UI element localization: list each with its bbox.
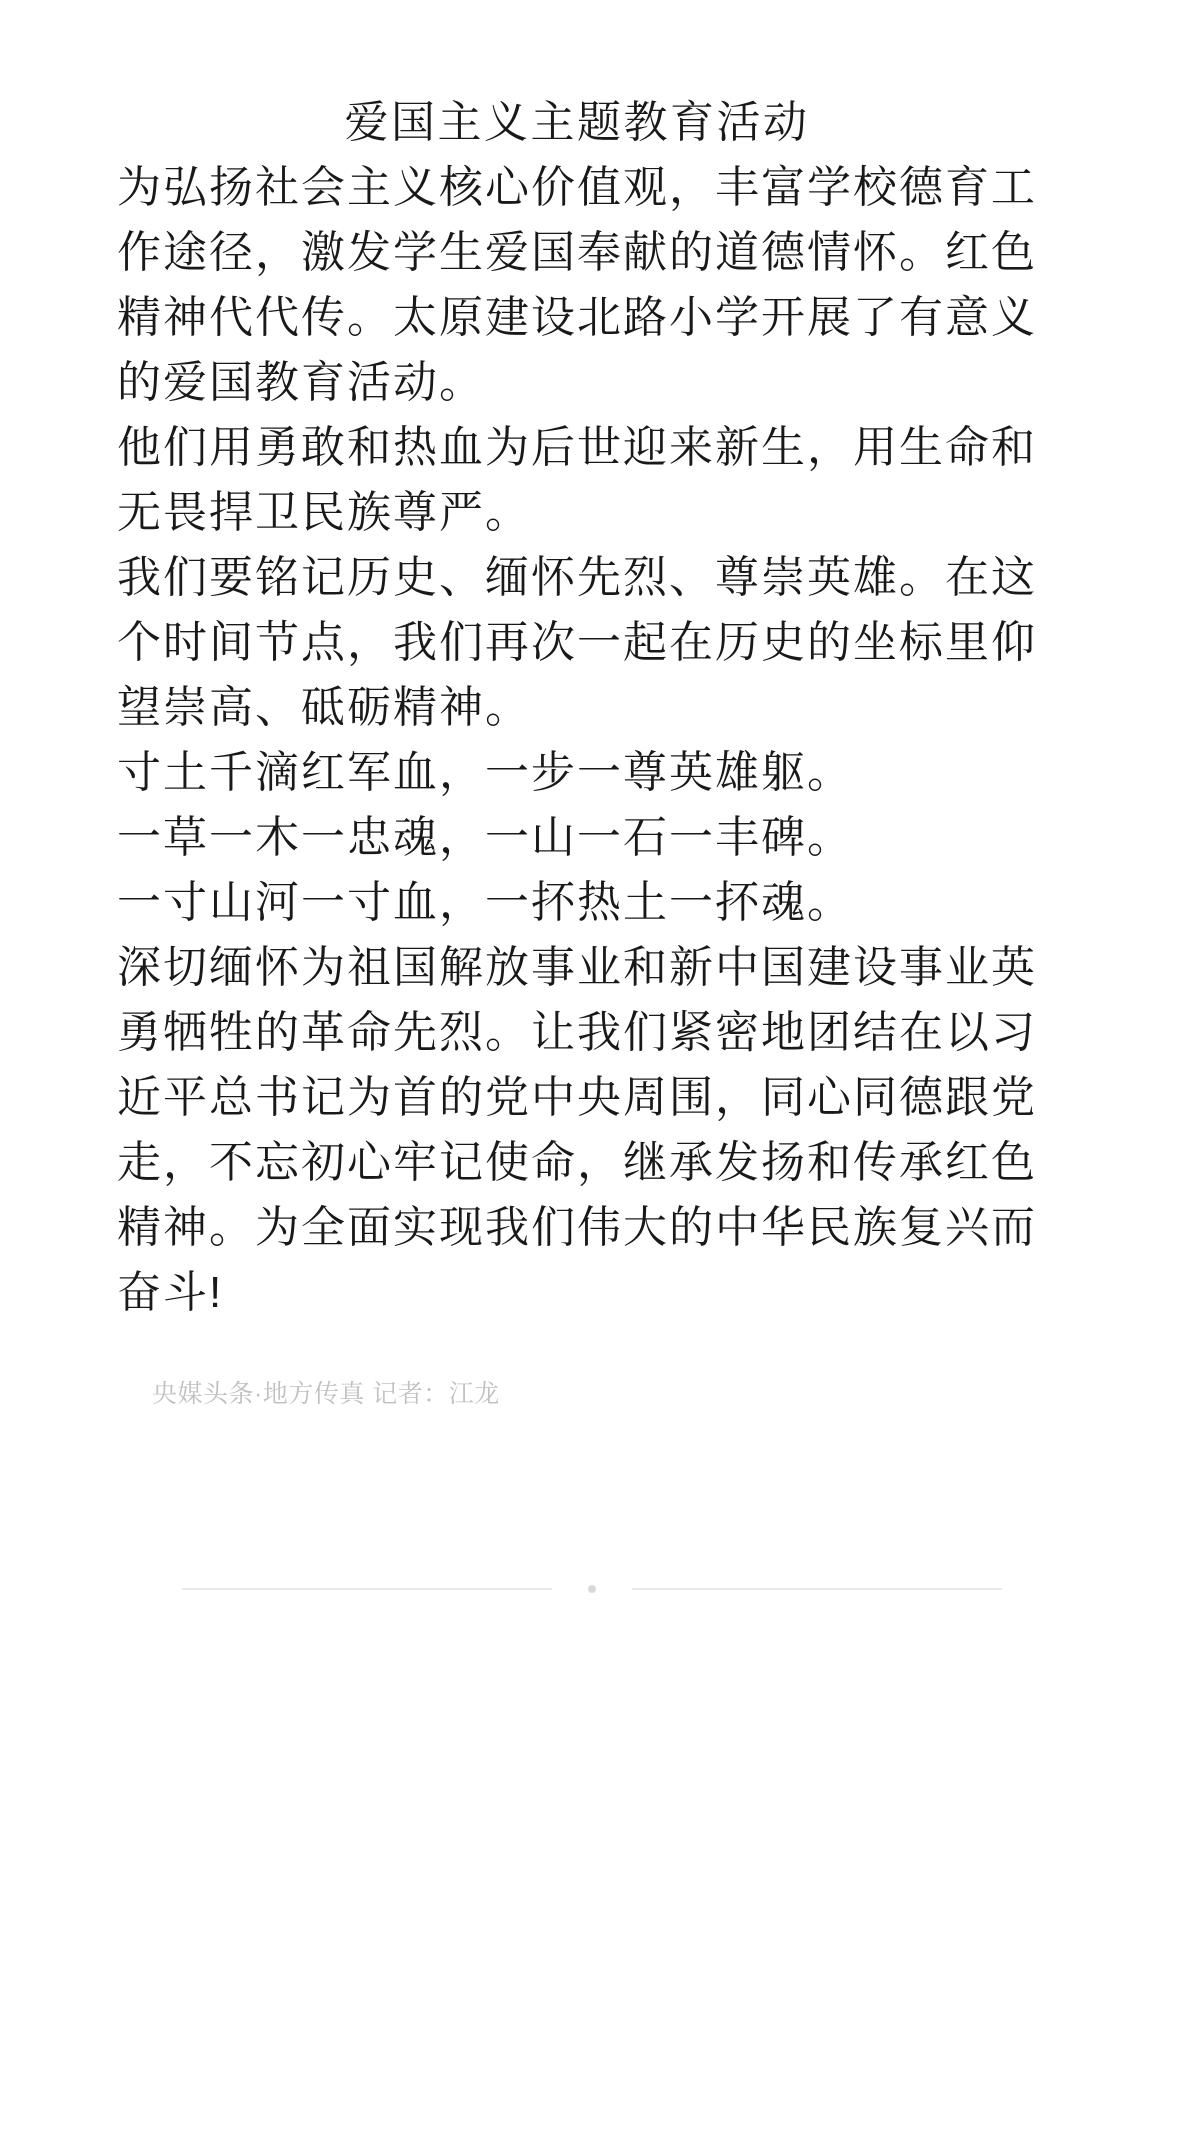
text-line: 我们要铭记历史、缅怀先烈、尊崇英雄。在这: [117, 545, 1124, 610]
article-page: 爱国主义主题教育活动 为弘扬社会主义核心价值观，丰富学校德育工作途径，激发学生爱…: [0, 0, 1184, 1593]
paragraph: 一寸山河一寸血，一抔热土一抔魂。: [117, 870, 1124, 935]
article-title: 爱国主义主题教育活动: [117, 90, 1037, 155]
divider-dot-icon: [588, 1585, 596, 1593]
text-line: 的爱国教育活动。: [117, 350, 1124, 415]
text-line: 精神代代传。太原建设北路小学开展了有意义: [117, 285, 1124, 350]
text-line: 勇牺牲的革命先烈。让我们紧密地团结在以习: [117, 1000, 1124, 1065]
divider-line-left: [182, 1588, 552, 1590]
byline: 央媒头条·地方传真 记者：江龙: [152, 1376, 1124, 1412]
end-divider: [182, 1585, 1002, 1593]
divider-line-right: [632, 1588, 1002, 1590]
text-line: 望崇高、砥砺精神。: [117, 675, 1124, 740]
text-line: 一草一木一忠魂，一山一石一丰碑。: [117, 805, 1124, 870]
paragraph: 深切缅怀为祖国解放事业和新中国建设事业英勇牺牲的革命先烈。让我们紧密地团结在以习…: [117, 935, 1124, 1325]
article-body: 爱国主义主题教育活动 为弘扬社会主义核心价值观，丰富学校德育工作途径，激发学生爱…: [0, 0, 1184, 1412]
paragraph: 寸土千滴红军血，一步一尊英雄躯。: [117, 740, 1124, 805]
text-line: 近平总书记为首的党中央周围，同心同德跟党: [117, 1065, 1124, 1130]
text-line: 奋斗!: [117, 1260, 1124, 1325]
text-line: 个时间节点，我们再次一起在历史的坐标里仰: [117, 610, 1124, 675]
text-line: 一寸山河一寸血，一抔热土一抔魂。: [117, 870, 1124, 935]
paragraph: 为弘扬社会主义核心价值观，丰富学校德育工作途径，激发学生爱国奉献的道德情怀。红色…: [117, 155, 1124, 415]
article-paragraphs: 为弘扬社会主义核心价值观，丰富学校德育工作途径，激发学生爱国奉献的道德情怀。红色…: [117, 155, 1124, 1325]
text-line: 作途径，激发学生爱国奉献的道德情怀。红色: [117, 220, 1124, 285]
paragraph: 我们要铭记历史、缅怀先烈、尊崇英雄。在这个时间节点，我们再次一起在历史的坐标里仰…: [117, 545, 1124, 740]
text-line: 寸土千滴红军血，一步一尊英雄躯。: [117, 740, 1124, 805]
paragraph: 一草一木一忠魂，一山一石一丰碑。: [117, 805, 1124, 870]
text-line: 走，不忘初心牢记使命，继承发扬和传承红色: [117, 1130, 1124, 1195]
text-line: 为弘扬社会主义核心价值观，丰富学校德育工: [117, 155, 1124, 220]
paragraph: 他们用勇敢和热血为后世迎来新生，用生命和无畏捍卫民族尊严。: [117, 415, 1124, 545]
text-line: 精神。为全面实现我们伟大的中华民族复兴而: [117, 1195, 1124, 1260]
text-line: 无畏捍卫民族尊严。: [117, 480, 1124, 545]
text-line: 深切缅怀为祖国解放事业和新中国建设事业英: [117, 935, 1124, 1000]
text-line: 他们用勇敢和热血为后世迎来新生，用生命和: [117, 415, 1124, 480]
